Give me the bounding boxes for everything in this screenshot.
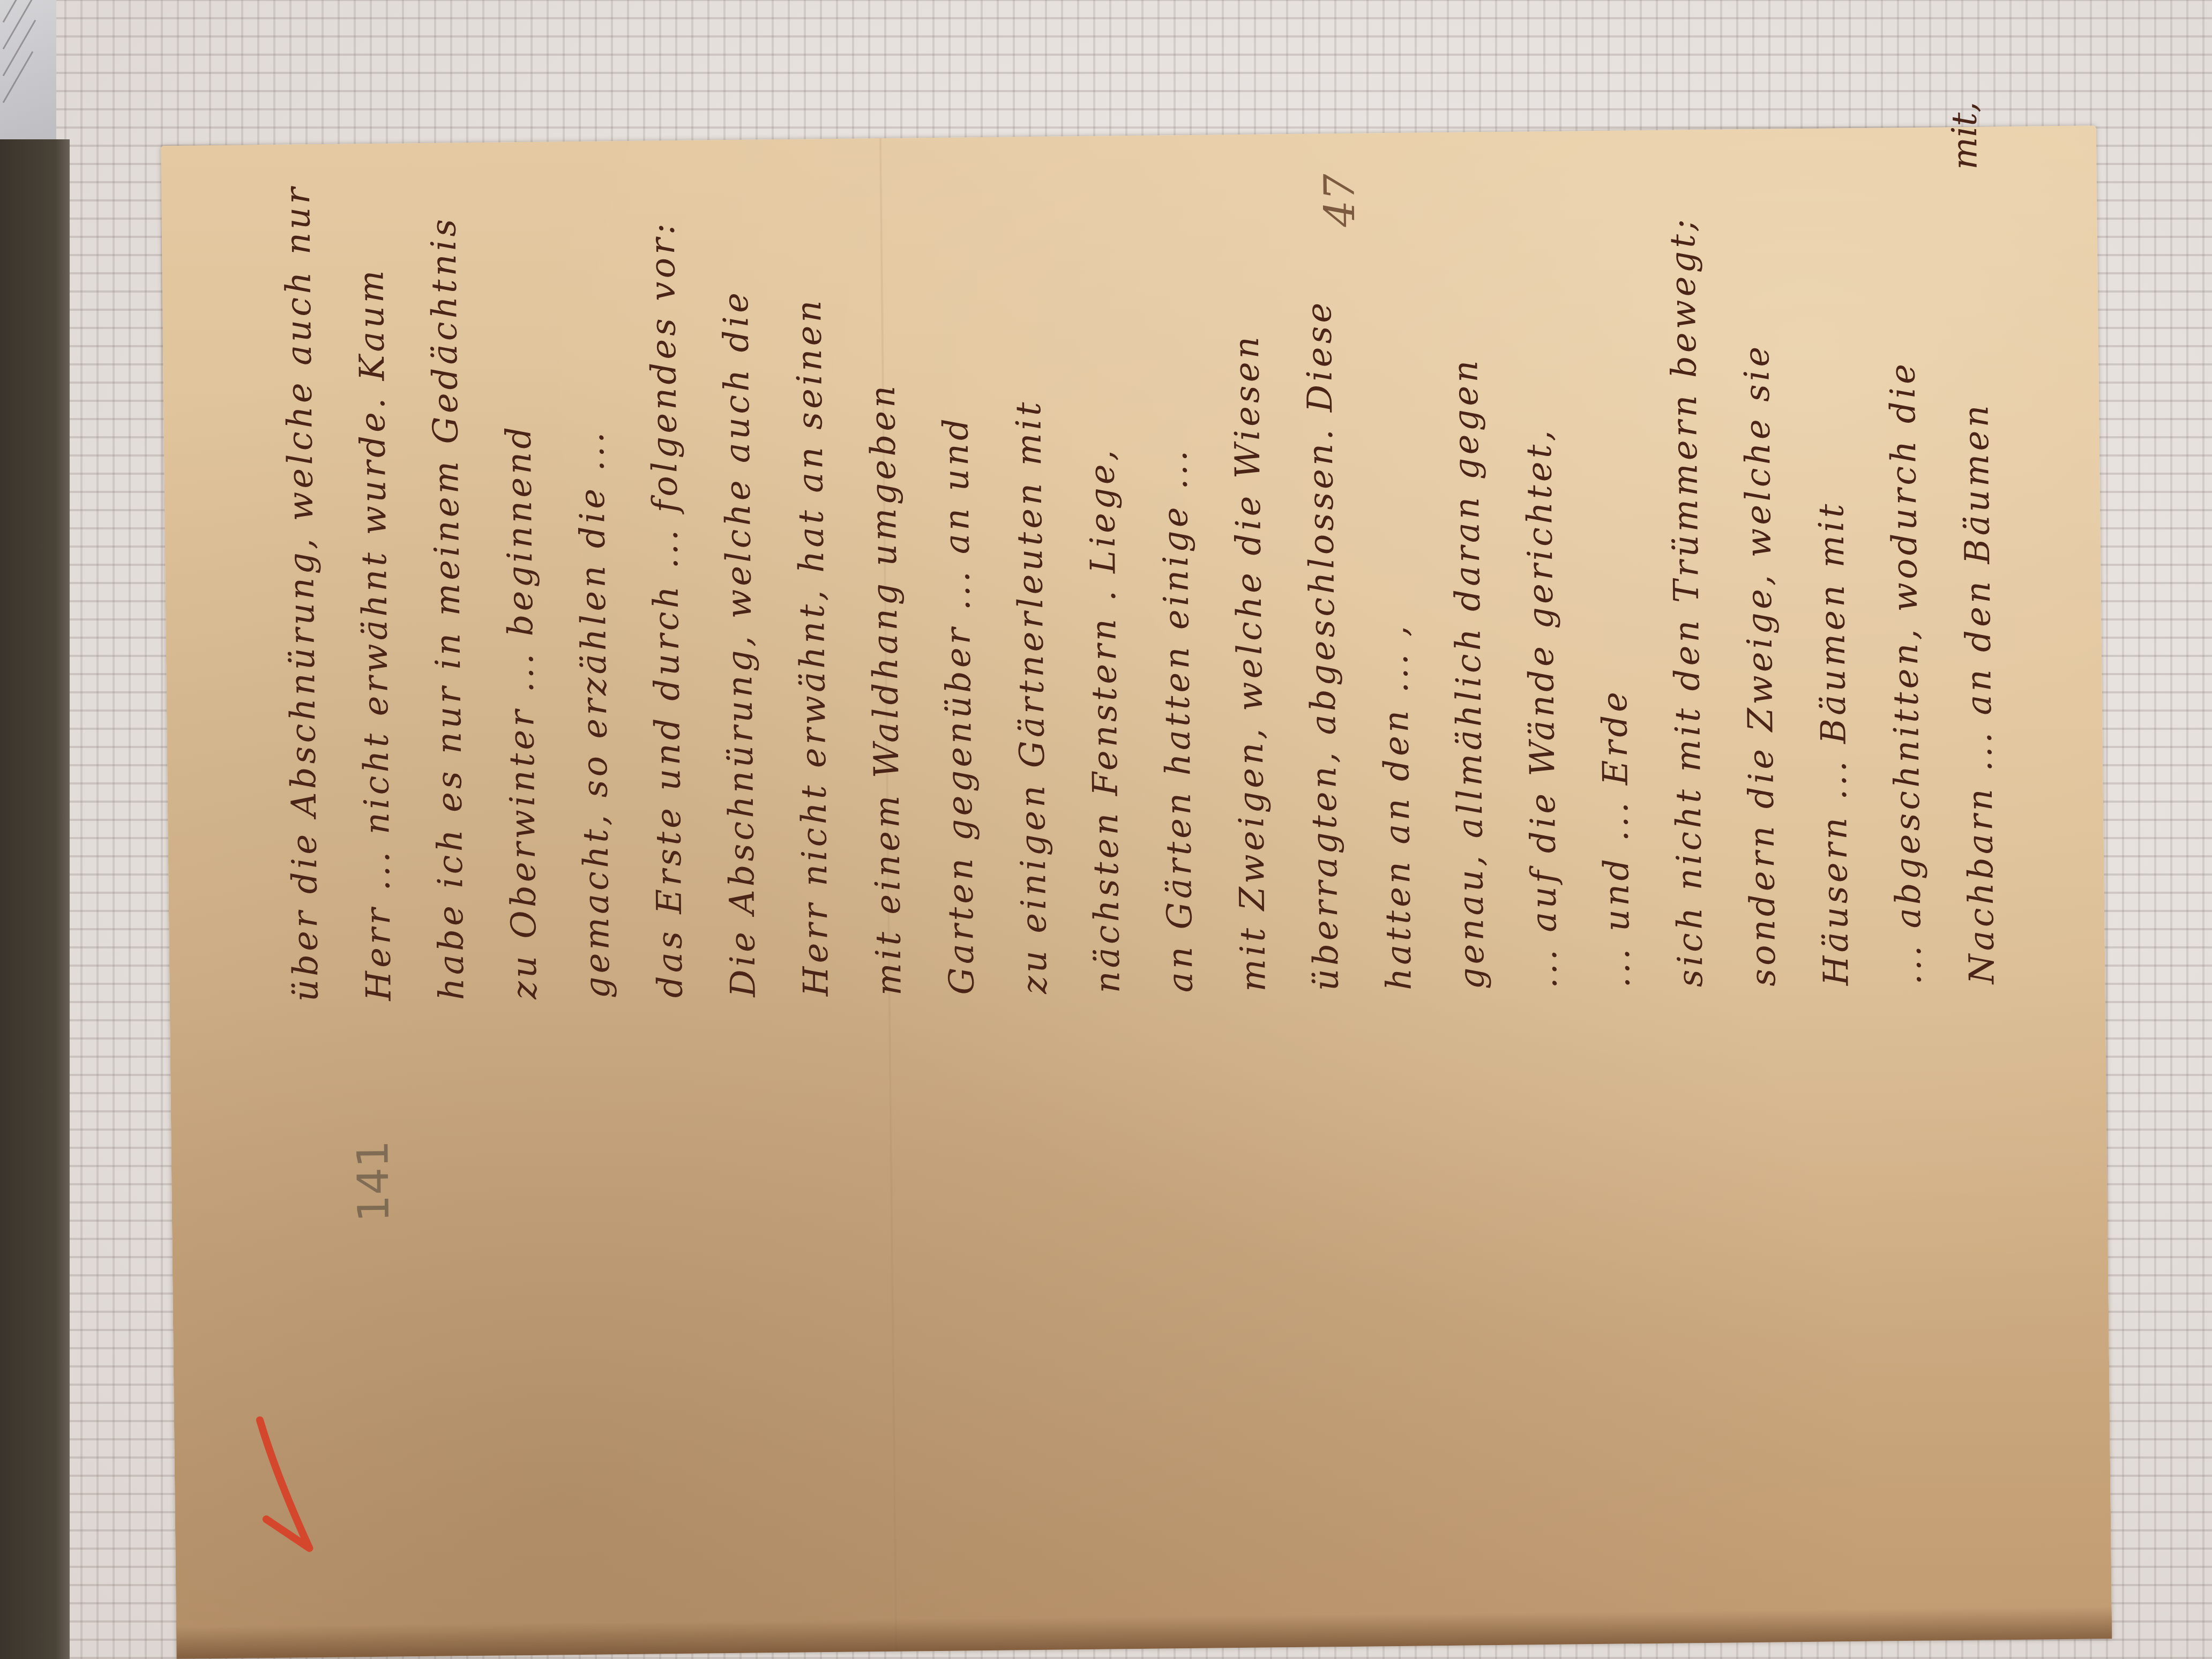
- text-line: an Gärten hatten einige ...: [1142, 156, 1210, 993]
- archive-pencil-number: 141: [348, 1140, 399, 1223]
- text-line: Herr ... nicht erwähnt wurde. Kaum: [341, 165, 408, 1001]
- handwritten-text-block: über die Abschnürung, welche auch nur He…: [268, 148, 1991, 1002]
- red-check-mark-icon: [249, 1409, 326, 1570]
- text-line: sondern die Zweige, welche sie: [1725, 150, 1793, 987]
- text-line: gemacht, so erzählen die ...: [559, 162, 627, 999]
- manuscript-page: 47 über die Abschnürung, welche auch nur…: [161, 125, 2112, 1659]
- text-line: ... auf die Wände gerichtet,: [1507, 153, 1574, 989]
- text-line: zu Oberwinter ... beginnend: [487, 163, 554, 999]
- text-line: ... und ... Erde: [1580, 152, 1647, 988]
- text-line: zu einigen Gärtnerleuten mit: [997, 158, 1064, 995]
- fabric-background: 47 über die Abschnürung, welche auch nur…: [0, 0, 2212, 1659]
- text-line: hatten an den ... ,: [1361, 154, 1429, 990]
- text-line: sich nicht mit den Trümmern bewegt;: [1653, 151, 1720, 988]
- text-line: das Erste und durch ... folgendes vor:: [632, 162, 700, 998]
- text-line: habe ich es nur in meinem Gedächtnis: [414, 164, 481, 1000]
- text-line: ... abgeschnitten, wodurch die: [1871, 148, 1939, 985]
- text-line: über die Abschnürung, welche auch nur: [268, 166, 335, 1002]
- text-line: überragten, abgeschlossen. Diese: [1288, 155, 1356, 991]
- edge-stain: [176, 1606, 2112, 1659]
- text-line: genau, allmählich daran gegen: [1434, 153, 1501, 990]
- text-line: Herr nicht erwähnt, hat an seinen: [778, 160, 846, 997]
- text-line: Die Abschnürung, welche auch die: [705, 161, 773, 997]
- text-line: Garten gegenüber ... an und: [924, 159, 991, 995]
- text-line: nächsten Fenstern . Liege,: [1070, 157, 1137, 993]
- text-line: Häusern ... Bäumen mit: [1798, 150, 1866, 986]
- text-line: Nachbarn ... an den Bäumen: [1944, 148, 2012, 984]
- dark-surface-strip: [0, 139, 70, 1659]
- text-line: mit Zweigen, welche die Wiesen: [1215, 155, 1283, 992]
- catchword: mit,: [1945, 101, 1985, 170]
- text-line: mit einem Waldhang umgeben: [851, 159, 918, 996]
